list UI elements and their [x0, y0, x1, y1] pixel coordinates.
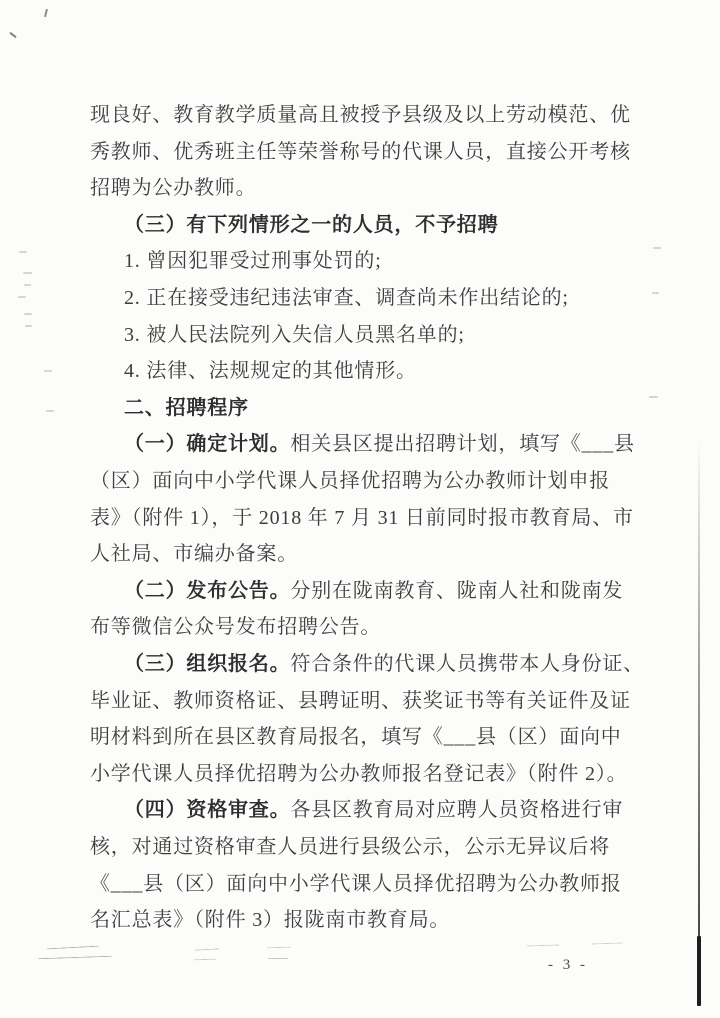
doc-line: 名汇总表》（附件 3）报陇南市教育局。	[90, 909, 450, 933]
doc-line-text: 符合条件的代课人员携带本人身份证、	[290, 653, 644, 675]
doc-line: 布等微信公众号发布招聘公告。	[90, 616, 381, 640]
doc-line-text: 分别在陇南教育、陇南人社和陇南发	[290, 580, 623, 602]
page-number: - 3 -	[548, 957, 588, 974]
doc-line-text: 人社局、市编办备案。	[90, 543, 298, 565]
scan-artifact-squiggle	[47, 946, 99, 950]
doc-list-item-4: 4. 法律、法规规定的其他情形。	[124, 360, 417, 384]
scan-artifact-squiggle	[195, 948, 219, 950]
doc-heading-exclusions: （三）有下列情形之一的人员，不予招聘	[124, 214, 498, 238]
doc-line-text: （区）面向中小学代课人员择优招聘为公办教师计划申报	[90, 470, 610, 492]
scan-artifact-dash	[19, 251, 27, 253]
doc-line: 小学代课人员择优招聘为公办教师报名登记表》（附件 2）。	[90, 763, 627, 787]
doc-line-text: 表》（附件 1），于 2018 年 7 月 31 日前同时报市教育局、市	[90, 507, 634, 529]
doc-line: 秀教师、优秀班主任等荣誉称号的代课人员，直接公开考核	[90, 141, 631, 165]
scan-artifact-dash	[24, 313, 32, 315]
scan-artifact-squiggle	[267, 947, 291, 949]
doc-line-bold: （二）发布公告。	[124, 580, 290, 602]
doc-line: （一）确定计划。相关县区提出招聘计划，填写《___县	[124, 433, 635, 457]
scan-artifact-squiggle	[268, 958, 288, 959]
doc-line-text: 《___县（区）面向中小学代课人员择优招聘为公办教师报	[90, 873, 622, 895]
scan-artifact-dash	[649, 396, 658, 398]
scan-artifact-dash	[652, 292, 659, 294]
scan-edge-shadow-bottom	[697, 936, 701, 1006]
doc-line-text: 各县区教育局对应聘人员资格进行审	[290, 799, 623, 821]
doc-line-text: 毕业证、教师资格证、县聘证明、获奖证书等有关证件及证	[90, 690, 631, 712]
doc-line: 表》（附件 1），于 2018 年 7 月 31 日前同时报市教育局、市	[90, 507, 634, 531]
doc-line-text: 核，对通过资格审查人员进行县级公示，公示无异议后将	[90, 836, 610, 858]
doc-line-text: 明材料到所在县区教育局报名，填写《___县（区）面向中	[90, 726, 622, 748]
doc-line: 明材料到所在县区教育局报名，填写《___县（区）面向中	[90, 726, 622, 750]
scan-artifact-tick	[44, 9, 48, 17]
scan-artifact-comma	[9, 32, 17, 39]
doc-line: （二）发布公告。分别在陇南教育、陇南人社和陇南发	[124, 580, 623, 604]
doc-line: 招聘为公办教师。	[90, 177, 256, 201]
doc-line-text: 现良好、教育教学质量高且被授予县级及以上劳动模范、优	[90, 104, 631, 126]
scan-artifact-dash	[44, 370, 52, 372]
doc-list-item-3: 3. 被人民法院列入失信人员黑名单的;	[124, 324, 465, 348]
scan-artifact-squiggle	[527, 944, 559, 946]
doc-line: 现良好、教育教学质量高且被授予县级及以上劳动模范、优	[90, 104, 631, 128]
doc-line: 《___县（区）面向中小学代课人员择优招聘为公办教师报	[90, 873, 622, 897]
doc-line-bold: （三）有下列情形之一的人员，不予招聘	[124, 214, 498, 236]
doc-line-bold: （三）组织报名。	[124, 653, 290, 675]
doc-line: （四）资格审查。各县区教育局对应聘人员资格进行审	[124, 799, 623, 823]
doc-heading-procedure: 二、招聘程序	[124, 397, 249, 421]
scan-artifact-squiggle	[592, 942, 622, 944]
doc-line-text: 布等微信公众号发布招聘公告。	[90, 616, 381, 638]
doc-list-item-2: 2. 正在接受违纪违法审查、调查尚未作出结论的;	[124, 287, 569, 311]
doc-line-bold: （四）资格审查。	[124, 799, 290, 821]
scan-artifact-dash	[23, 272, 32, 274]
doc-line: 毕业证、教师资格证、县聘证明、获奖证书等有关证件及证	[90, 690, 631, 714]
scan-artifact-squiggle	[194, 959, 216, 961]
scan-artifact-squiggle	[38, 956, 112, 960]
doc-line-text: 小学代课人员择优招聘为公办教师报名登记表》（附件 2）。	[90, 763, 627, 785]
doc-line-text: 名汇总表》（附件 3）报陇南市教育局。	[90, 909, 450, 931]
doc-line-text: 1. 曾因犯罪受过刑事处罚的;	[124, 250, 382, 272]
scan-artifact-dash	[653, 247, 661, 249]
doc-line: （三）组织报名。符合条件的代课人员携带本人身份证、	[124, 653, 644, 677]
doc-line-bold: 二、招聘程序	[124, 397, 249, 419]
scan-artifact-dash	[24, 284, 31, 286]
doc-line-text: 秀教师、优秀班主任等荣誉称号的代课人员，直接公开考核	[90, 141, 631, 163]
doc-line-bold: （一）确定计划。	[124, 433, 290, 455]
doc-line: 人社局、市编办备案。	[90, 543, 298, 567]
scanned-document-page: 现良好、教育教学质量高且被授予县级及以上劳动模范、优 秀教师、优秀班主任等荣誉称…	[0, 0, 720, 1018]
scan-artifact-dash	[46, 410, 54, 412]
scan-artifact-dash	[25, 325, 32, 327]
doc-list-item-1: 1. 曾因犯罪受过刑事处罚的;	[124, 250, 382, 274]
doc-line-text: 招聘为公办教师。	[90, 177, 256, 199]
doc-line-text: 2. 正在接受违纪违法审查、调查尚未作出结论的;	[124, 287, 569, 309]
doc-line: 核，对通过资格审查人员进行县级公示，公示无异议后将	[90, 836, 610, 860]
doc-line-text: 相关县区提出招聘计划，填写《___县	[290, 433, 634, 455]
doc-line-text: 4. 法律、法规规定的其他情形。	[124, 360, 417, 382]
doc-line-text: 3. 被人民法院列入失信人员黑名单的;	[124, 324, 465, 346]
doc-line: （区）面向中小学代课人员择优招聘为公办教师计划申报	[90, 470, 610, 494]
scan-artifact-dash	[18, 296, 26, 298]
scan-edge-shadow	[698, 438, 700, 938]
